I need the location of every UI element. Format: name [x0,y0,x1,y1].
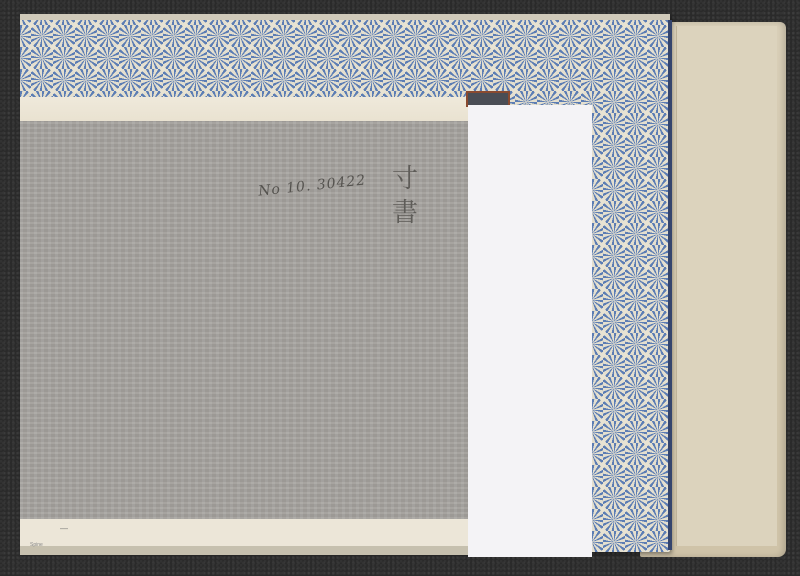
handwritten-title-kanji: 寸書 [390,162,420,230]
bottom-page-edge [20,546,472,555]
small-pencil-mark: — [60,524,68,533]
back-cover-panel [676,26,777,546]
cover-top-edge [20,14,670,20]
spine-edge [668,20,672,550]
tiny-print-label: Spine [30,542,43,548]
white-backing-board [468,105,592,557]
